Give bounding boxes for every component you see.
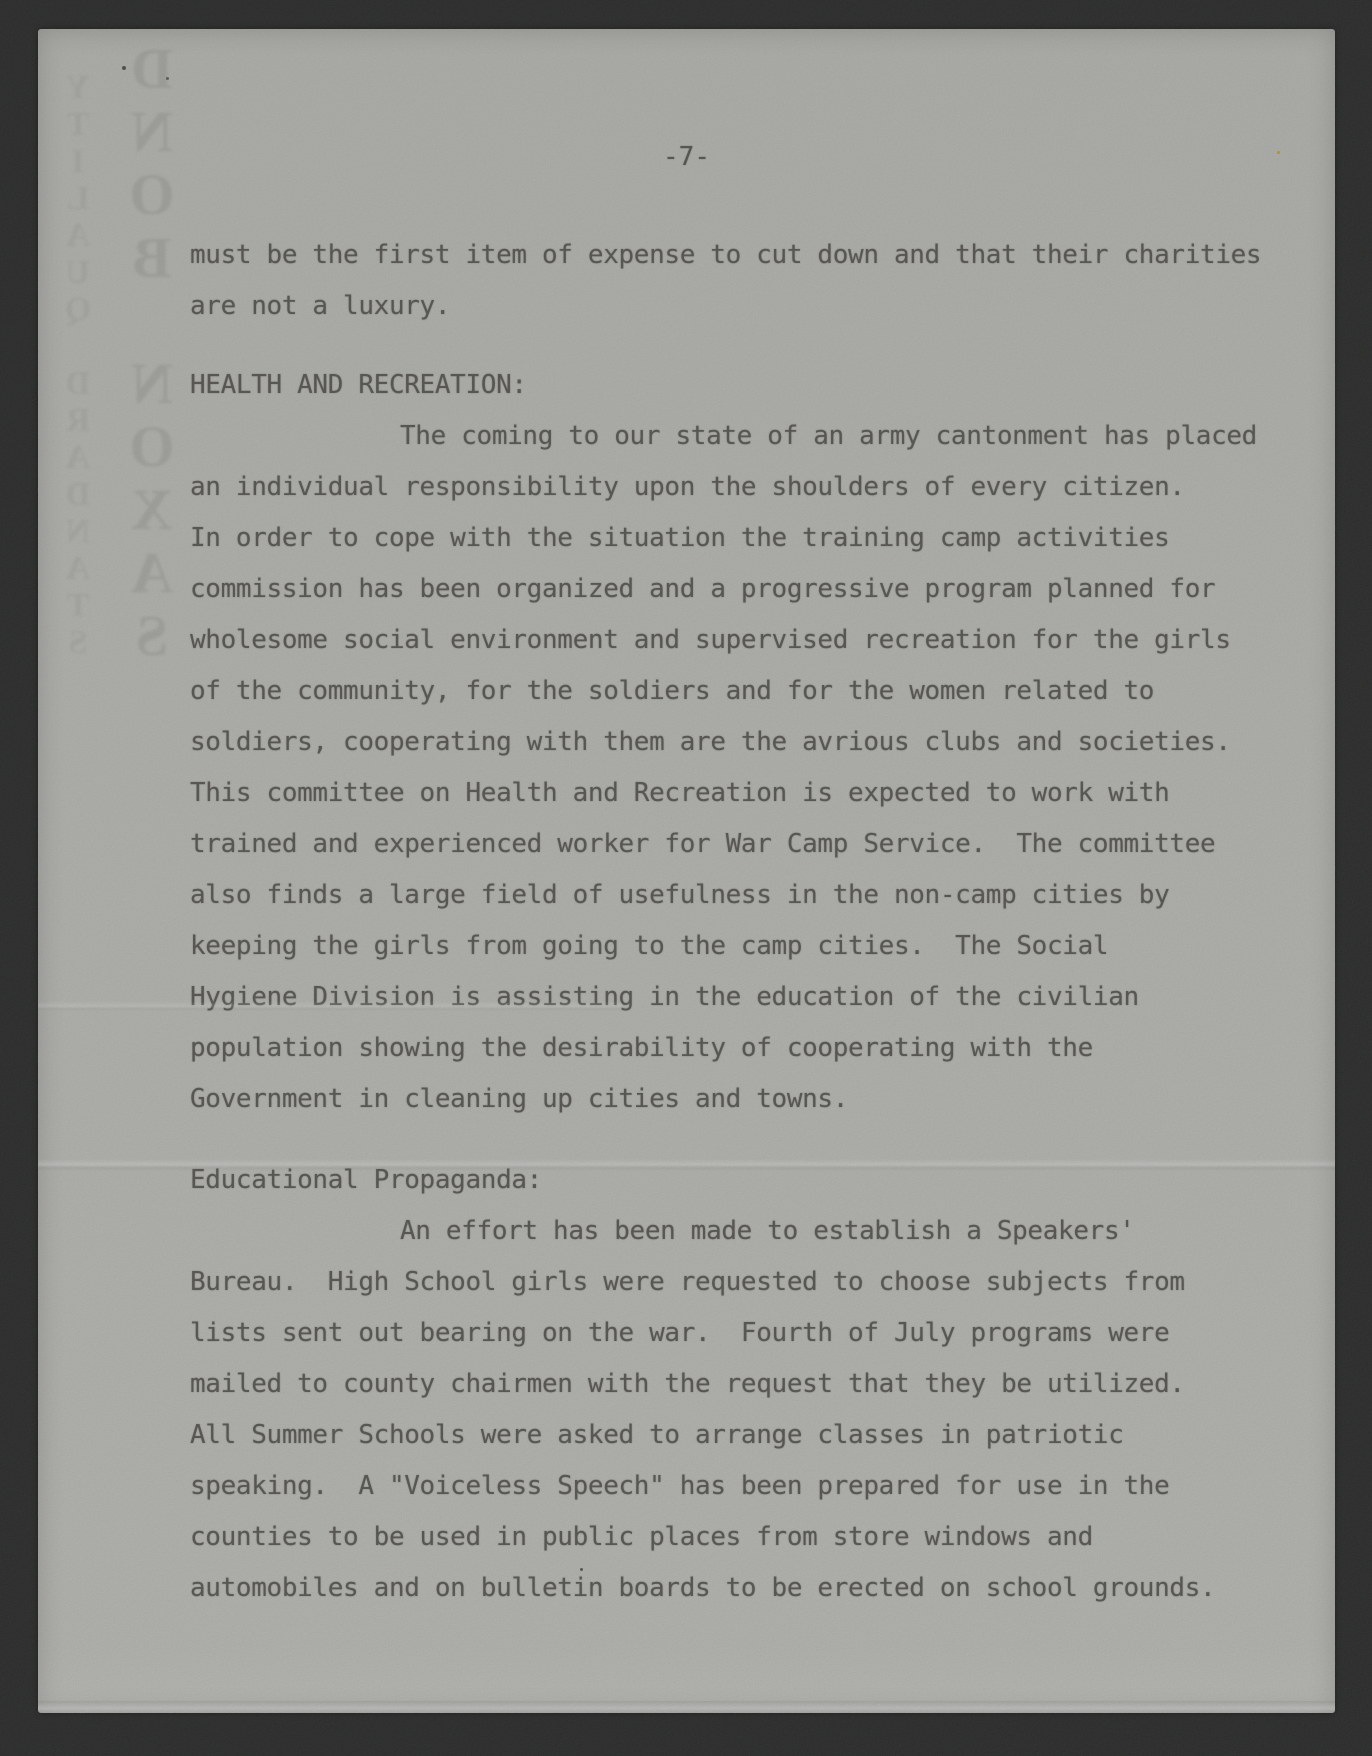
text-line: keeping the girls from going to the camp… bbox=[190, 921, 1307, 972]
text-line: of the community, for the soldiers and f… bbox=[190, 666, 1307, 717]
text-line: An effort has been made to establish a S… bbox=[190, 1206, 1307, 1257]
typewritten-text-block: must be the first item of expense to cut… bbox=[190, 230, 1307, 1614]
text-line: automobiles and on bulletin boards to be… bbox=[190, 1563, 1307, 1614]
text-line: speaking. A "Voiceless Speech" has been … bbox=[190, 1461, 1307, 1512]
text-line: trained and experienced worker for War C… bbox=[190, 819, 1307, 870]
text-line: Bureau. High School girls were requested… bbox=[190, 1257, 1307, 1308]
text-line: counties to be used in public places fro… bbox=[190, 1512, 1307, 1563]
text-line: population showing the desirability of c… bbox=[190, 1023, 1307, 1074]
text-line: must be the first item of expense to cut… bbox=[190, 230, 1307, 281]
text-line: wholesome social environment and supervi… bbox=[190, 615, 1307, 666]
text-line: an individual responsibility upon the sh… bbox=[190, 462, 1307, 513]
document-page: D N O B N O X A S Y T I L A U Q D R A D … bbox=[38, 29, 1335, 1713]
text-line: This committee on Health and Recreation … bbox=[190, 768, 1307, 819]
text-line: The coming to our state of an army canto… bbox=[190, 411, 1307, 462]
text-line: In order to cope with the situation the … bbox=[190, 513, 1307, 564]
text-line: lists sent out bearing on the war. Fourt… bbox=[190, 1308, 1307, 1359]
section-heading: Educational Propaganda: bbox=[190, 1155, 1307, 1206]
watermark-saxon-bond: D N O B N O X A S bbox=[112, 37, 192, 667]
text-line: commission has been organized and a prog… bbox=[190, 564, 1307, 615]
text-line: also finds a large field of usefulness i… bbox=[190, 870, 1307, 921]
text-line: All Summer Schools were asked to arrange… bbox=[190, 1410, 1307, 1461]
text-line: mailed to county chairmen with the reque… bbox=[190, 1359, 1307, 1410]
text-line: Government in cleaning up cities and tow… bbox=[190, 1074, 1307, 1125]
text-line: are not a luxury. bbox=[190, 281, 1307, 332]
scan-background: { "page": { "number_label": "-7-" }, "do… bbox=[0, 0, 1372, 1756]
page-number: -7- bbox=[38, 142, 1335, 172]
section-heading: HEALTH AND RECREATION: bbox=[190, 360, 1307, 411]
fold-crease-bottom bbox=[38, 1701, 1335, 1713]
text-line: soldiers, cooperating with them are the … bbox=[190, 717, 1307, 768]
text-line: Hygiene Division is assisting in the edu… bbox=[190, 972, 1307, 1023]
